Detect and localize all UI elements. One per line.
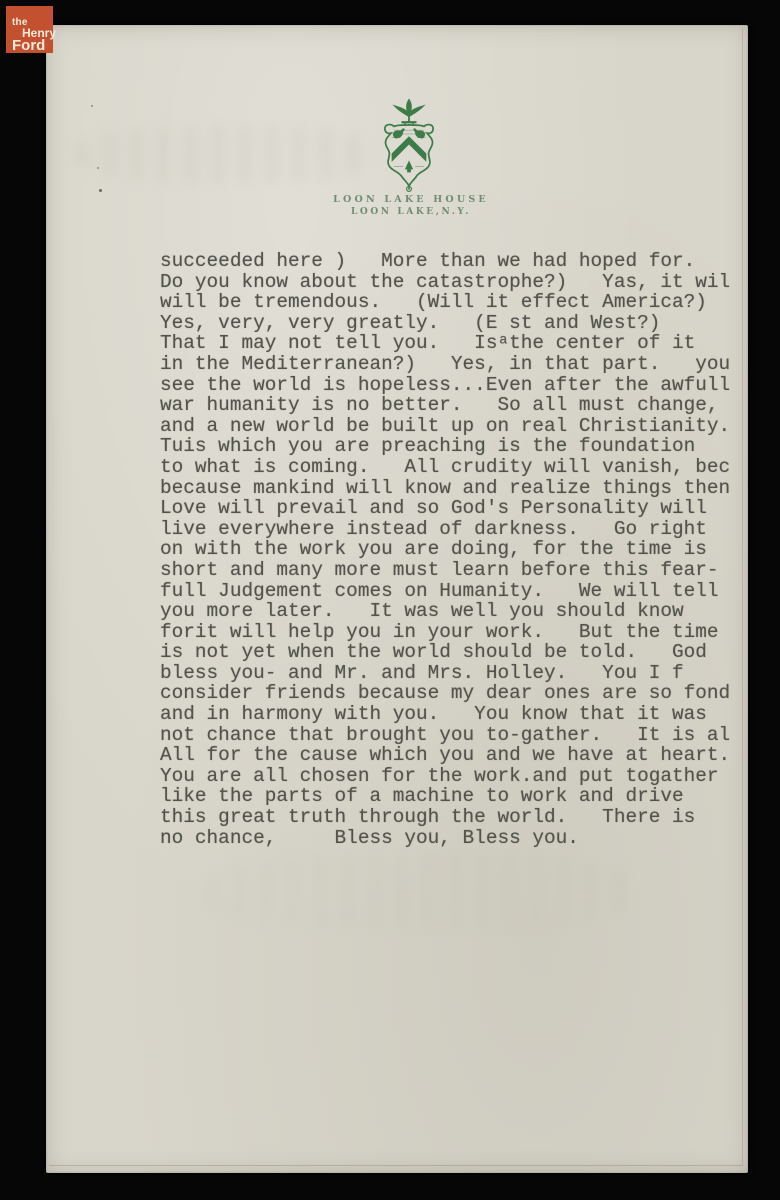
bleedthrough-smudge-top	[76, 125, 376, 183]
bleedthrough-smudge-bottom	[206, 853, 636, 931]
paper-speck	[97, 167, 99, 169]
paper-speck	[91, 105, 93, 107]
letterhead-name: LOON LAKE HOUSE	[60, 194, 762, 205]
henry-ford-logo-ford: Ford	[12, 38, 45, 53]
henry-ford-logo: the Henry Ford	[6, 6, 53, 53]
paper-speck	[99, 189, 102, 192]
document-page: LOON LAKE HOUSE LOON LAKE,N.Y. succeeded…	[46, 25, 748, 1173]
letter-body: succeeded here ) More than we had hoped …	[160, 251, 760, 848]
loon-crest-icon	[371, 97, 447, 195]
viewer-background: { "archive_badge": { "line1": "the", "li…	[0, 0, 780, 1200]
letterhead-location: LOON LAKE,N.Y.	[60, 207, 762, 217]
